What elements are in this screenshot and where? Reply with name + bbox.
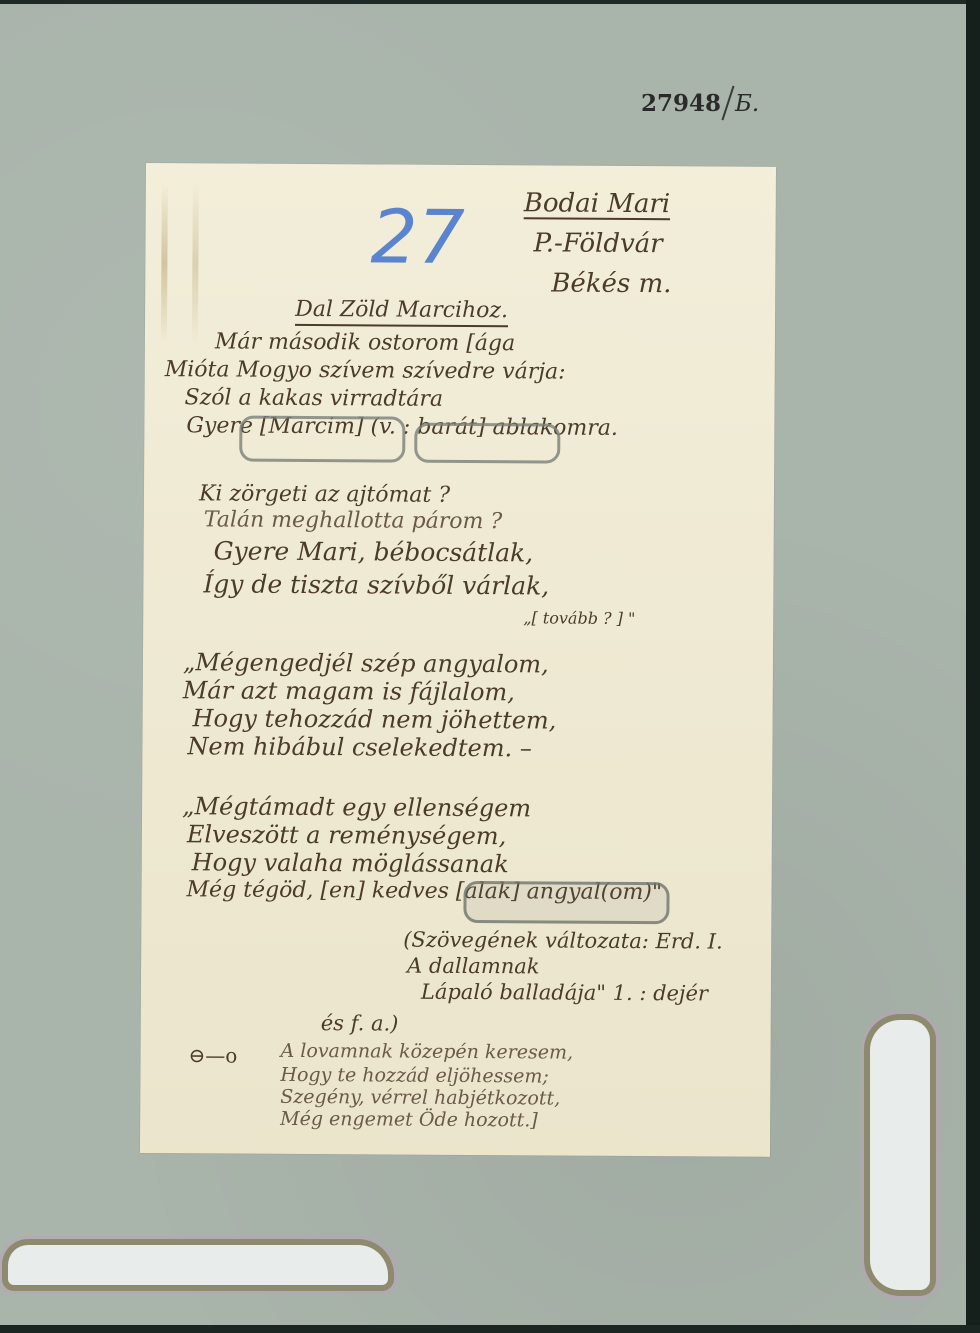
- verse-line: Mióta Mogyo szívem szívedre várja:: [165, 357, 566, 385]
- verse-line: „Mégengedjél szép angyalom,: [183, 649, 549, 677]
- source-note-line: (Szövegének változata: Erd. I.: [403, 927, 723, 955]
- verse-line: Gyere Mari, bébocsátlak,: [214, 538, 534, 566]
- pencil-bracket: [239, 416, 405, 463]
- verse-line: Már második ostorom [ága: [215, 329, 515, 357]
- verse-line: Szól a kakas virradtára: [184, 385, 443, 413]
- song-title: Dal Zöld Marcihoz.: [295, 297, 508, 327]
- accession-number: 27948: [641, 90, 721, 117]
- source-note-line: és f. a.): [321, 1010, 399, 1036]
- variant-symbol: ⊖—o: [188, 1043, 237, 1067]
- accession-stamp: 27948Б.: [641, 85, 759, 121]
- source-note-line: Lápaló balladája" 1. : dejér: [421, 979, 708, 1007]
- pencil-bracket: [414, 423, 560, 464]
- verse-annotation: „[ tovább ? ] ": [523, 605, 635, 632]
- board-damage-right: [870, 1020, 930, 1290]
- manuscript-slip: 27 Bodai Mari P.-Földvár Békés m. Dal Zö…: [140, 163, 776, 1157]
- verse-line: „Mégtámadt egy ellenségem: [182, 793, 531, 821]
- board-damage-bottom: [8, 1245, 388, 1285]
- collector-block: Bodai Mari P.-Földvár Békés m.: [523, 183, 672, 304]
- variant-line: Még engemet Öde hozott.]: [280, 1106, 538, 1134]
- board-edge-bottom: [0, 1325, 980, 1333]
- board-edge-right: [966, 0, 980, 1333]
- verse-line: Hogy tehozzád nem jöhettem,: [193, 705, 557, 733]
- verse-line: Nem hibábul cselekedtem. –: [187, 733, 531, 761]
- stain-mark: [161, 183, 168, 343]
- collector-place: P.-Földvár: [523, 223, 671, 264]
- variant-line: A lovamnak közepén keresem,: [281, 1040, 574, 1064]
- verse-line: Ki zörgeti az ajtómat ?: [199, 481, 450, 509]
- pencil-erasure: [463, 881, 669, 924]
- verse-line: Hogy valaha möglássanak: [192, 849, 509, 877]
- collector-name: Bodai Mari: [524, 183, 672, 224]
- collector-county: Békés m.: [523, 263, 671, 304]
- verse-line: Talán meghallotta párom ?: [204, 507, 503, 535]
- item-number: 27: [370, 194, 465, 281]
- verse-line: Már azt magam is fájlalom,: [183, 677, 515, 705]
- source-note-line: A dallamnak: [407, 953, 540, 980]
- slash-mark: [722, 86, 735, 121]
- stain-mark: [192, 183, 199, 343]
- verse-line: Így de tiszta szívből várlak,: [203, 571, 549, 599]
- verse-line: Elveszött a reménységem,: [187, 821, 507, 849]
- accession-suffix: Б.: [735, 91, 759, 117]
